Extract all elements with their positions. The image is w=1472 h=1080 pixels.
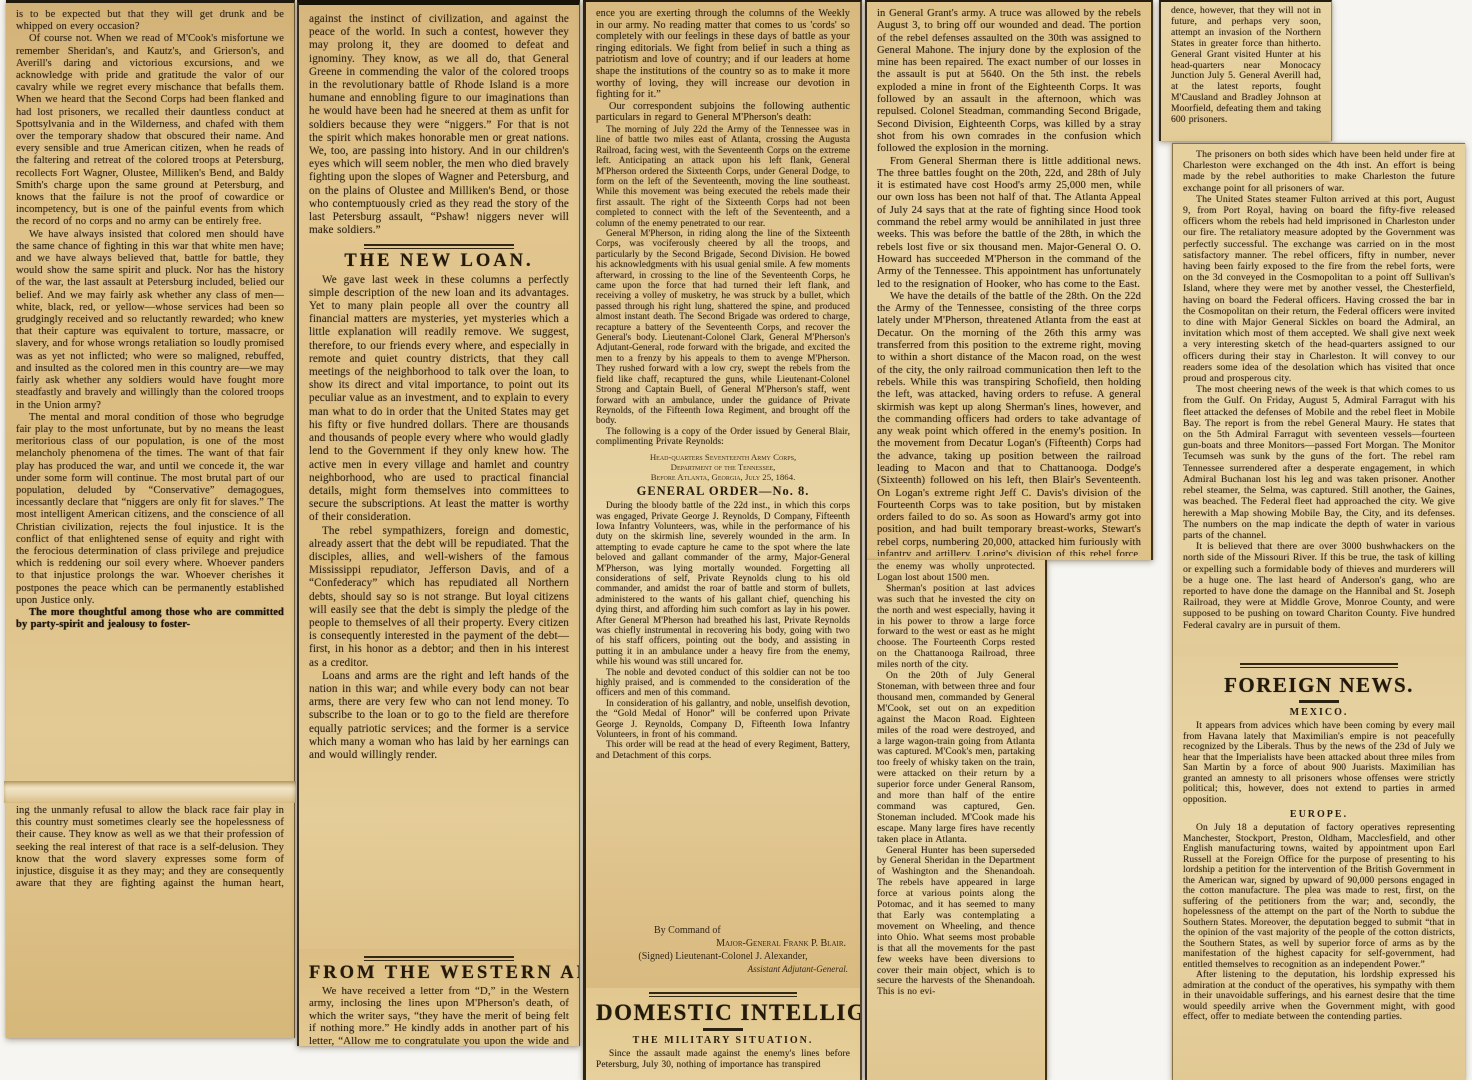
clipping-column-3: ence you are exerting through the column… xyxy=(583,0,862,1080)
dateline-line: Before Atlanta, Georgia, July 25, 1864. xyxy=(596,472,850,482)
clipping-column-5-main: The prisoners on both sides which have b… xyxy=(1172,143,1465,1080)
paragraph: We have the details of the battle of the… xyxy=(877,291,1141,556)
dateline-line: Head-quarters Seventeenth Army Corps, xyxy=(596,452,850,462)
paragraph: After listening to the deputation, his l… xyxy=(1183,970,1455,1023)
clipping-column-1: is to be expected but that they will get… xyxy=(6,0,295,1038)
order-title: GENERAL ORDER—No. 8. xyxy=(596,486,850,498)
paragraph: We gave last week in these columns a per… xyxy=(309,274,569,525)
paragraph: On the 20th of July General Stoneman, wi… xyxy=(877,671,1035,846)
column-1-text-upper: is to be expected but that they will get… xyxy=(6,9,294,781)
paragraph: The United States steamer Fulton arrived… xyxy=(1183,194,1455,384)
paragraph: The mental and moral condition of those … xyxy=(16,412,284,607)
divider-rule xyxy=(1240,663,1398,668)
divider-rule xyxy=(364,244,515,249)
section-subhead: MEXICO. xyxy=(1183,707,1455,718)
newspaper-page-scan: is to be expected but that they will get… xyxy=(0,0,1472,1080)
clipping-column-4-wide: in General Grant's army. A truce was all… xyxy=(865,0,1153,560)
paragraph: During the bloody battle of the 22d inst… xyxy=(596,500,850,667)
column-2-text: against the instinct of civilization, an… xyxy=(299,13,579,949)
general-order-signature: By Command ofMajor-General Frank P. Blai… xyxy=(586,924,860,988)
divider-rule xyxy=(364,956,515,961)
column-3-text: ence you are exerting through the column… xyxy=(586,8,860,924)
divider-rule xyxy=(649,992,796,997)
foreign-news-section: FOREIGN NEWS.MEXICO.It appears from advi… xyxy=(1173,656,1465,1080)
clipping-column-4-narrow: the enemy was wholly unprotected. Logan … xyxy=(865,560,1047,1080)
paragraph: The most cheering news of the week is th… xyxy=(1183,384,1455,541)
article-headline: THE NEW LOAN. xyxy=(309,255,569,268)
paragraph: The more thoughtful among those who are … xyxy=(16,607,284,631)
paragraph: We have always insisted that colored men… xyxy=(16,229,284,412)
domestic-intelligence-section: DOMESTIC INTELLIGENCE.THE MILITARY SITUA… xyxy=(586,988,860,1080)
column-4-narrow-text: the enemy was wholly unprotected. Logan … xyxy=(867,562,1045,1080)
paragraph: It is believed that there are over 3000 … xyxy=(1183,541,1455,631)
paragraph: In consideration of his gallantry, and n… xyxy=(596,698,850,740)
paragraph: Since the assault made against the enemy… xyxy=(596,1049,850,1070)
western-army-section: FROM THE WESTERN ARMY.We have received a… xyxy=(299,949,579,1046)
section-subhead: EUROPE. xyxy=(1183,809,1455,820)
article-headline: FROM THE WESTERN ARMY. xyxy=(309,967,569,980)
clipping-column-5-strip: dence, however, that they will not in fu… xyxy=(1159,0,1332,141)
signature-line: By Command of xyxy=(596,924,850,937)
paragraph: Sherman's position at last advices was s… xyxy=(877,584,1035,671)
signature-line: Assistant Adjutant-General. xyxy=(596,963,850,976)
section-subhead: THE MILITARY SITUATION. xyxy=(596,1035,850,1046)
paragraph: The following is a copy of the Order iss… xyxy=(596,426,850,447)
paragraph: ing the unmanly refusal to allow the bla… xyxy=(16,805,284,890)
headline-rule xyxy=(703,1028,743,1031)
paper-tear xyxy=(4,781,296,803)
column-5-text: The prisoners on both sides which have b… xyxy=(1173,149,1465,656)
dateline: Head-quarters Seventeenth Army Corps,Dep… xyxy=(596,452,850,482)
paragraph: The noble and devoted conduct of this so… xyxy=(596,667,850,698)
paragraph: Loans and arms are the right and left ha… xyxy=(309,670,569,762)
paragraph: It appears from advices which have been … xyxy=(1183,721,1455,805)
column-5-strip-text: dence, however, that they will not in fu… xyxy=(1161,6,1331,139)
paragraph: Our correspondent subjoins the following… xyxy=(596,101,850,124)
column-4-text: in General Grant's army. A truce was all… xyxy=(867,8,1151,556)
paragraph: From General Sherman there is little add… xyxy=(877,156,1141,291)
paragraph: against the instinct of civilization, an… xyxy=(309,13,569,237)
article-headline: DOMESTIC INTELLIGENCE. xyxy=(596,1000,850,1026)
paragraph: We have received a letter from “D,” in t… xyxy=(309,985,569,1046)
paragraph: ence you are exerting through the column… xyxy=(596,8,850,101)
paragraph: On July 18 a deputation of factory opera… xyxy=(1183,823,1455,970)
paragraph: Of course not. When we read of M'Cook's … xyxy=(16,33,284,228)
paragraph: The prisoners on both sides which have b… xyxy=(1183,149,1455,194)
article-headline: FOREIGN NEWS. xyxy=(1183,673,1455,698)
paragraph: General M'Pherson, in riding along the l… xyxy=(596,228,850,426)
paragraph: The rebel sympathizers, foreign and dome… xyxy=(309,525,569,670)
column-1-text-lower: ing the unmanly refusal to allow the bla… xyxy=(6,805,294,1034)
clipping-column-2: against the instinct of civilization, an… xyxy=(297,0,580,1046)
dateline-line: Department of the Tennessee, xyxy=(596,462,850,472)
paragraph: the enemy was wholly unprotected. Logan … xyxy=(877,562,1035,584)
paragraph: dence, however, that they will not in fu… xyxy=(1171,6,1321,126)
headline-rule xyxy=(1299,700,1339,703)
paragraph: The morning of July 22d the Army of the … xyxy=(596,124,850,228)
paragraph: is to be expected but that they will get… xyxy=(16,9,284,33)
signature-line: Major-General Frank P. Blair. xyxy=(596,937,850,950)
signature-line: (Signed) Lieutenant-Colonel J. Alexander… xyxy=(596,950,850,963)
paragraph: This order will be read at the head of e… xyxy=(596,739,850,760)
paragraph: in General Grant's army. A truce was all… xyxy=(877,8,1141,156)
paragraph: General Hunter has been superseded by Ge… xyxy=(877,846,1035,999)
